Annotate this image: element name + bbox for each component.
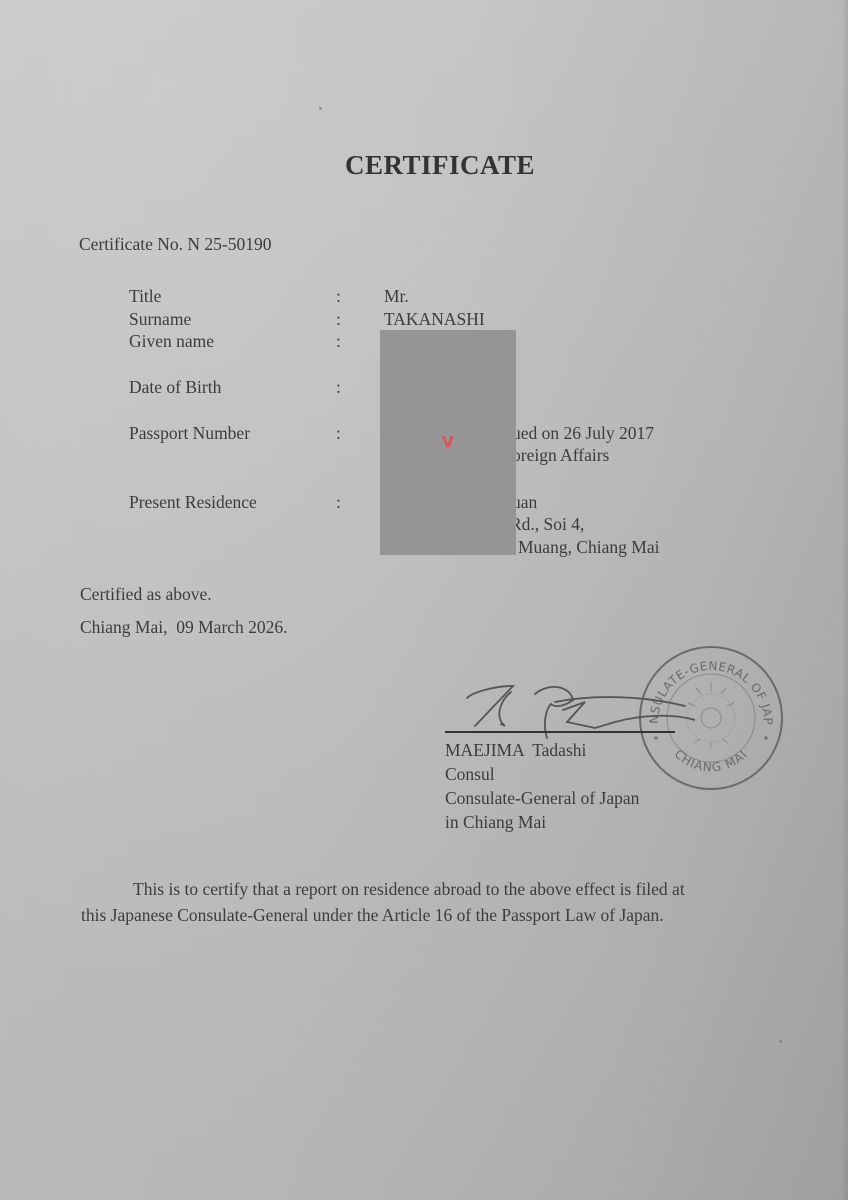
certificate-number: Certificate No. N 25-50190	[79, 233, 271, 255]
signatory-office: Consulate-General of Japan	[445, 787, 639, 809]
footer-paragraph-line-2: this Japanese Consulate-General under th…	[81, 903, 664, 927]
field-value-surname: TAKANASHI	[384, 308, 485, 330]
place-and-date: Chiang Mai, 09 March 2026.	[80, 616, 288, 638]
field-label-date-of-birth: Date of Birth	[129, 376, 221, 398]
certificate-number-value: N 25-50190	[187, 234, 271, 254]
document-title: CERTIFICATE	[0, 150, 848, 181]
paper-speck	[779, 1040, 782, 1043]
field-label-passport-number: Passport Number	[129, 422, 250, 444]
residence-line-2: Rd., Soi 4,	[510, 513, 584, 535]
signatory-name: MAEJIMA Tadashi	[445, 739, 586, 761]
field-colon: :	[336, 308, 341, 330]
residence-line-3: Muang, Chiang Mai	[518, 536, 659, 558]
field-value-title: Mr.	[384, 285, 409, 307]
field-colon: :	[336, 330, 341, 352]
field-colon: :	[336, 491, 341, 513]
footer-paragraph-line-1: This is to certify that a report on resi…	[133, 877, 685, 901]
field-label-surname: Surname	[129, 308, 191, 330]
signature-line	[445, 731, 675, 733]
field-label-present-residence: Present Residence	[129, 491, 257, 513]
certified-text: Certified as above.	[80, 583, 212, 605]
field-colon: :	[336, 285, 341, 307]
passport-authority-line: oreign Affairs	[512, 444, 609, 466]
certificate-number-label: Certificate No.	[79, 234, 183, 254]
field-colon: :	[336, 422, 341, 444]
signatory-position: Consul	[445, 763, 495, 785]
svg-text:CHIANG MAI: CHIANG MAI	[672, 747, 751, 775]
field-label-given-name: Given name	[129, 330, 214, 352]
signatory-location: in Chiang Mai	[445, 811, 546, 833]
paper-speck	[319, 107, 322, 110]
field-label-title: Title	[129, 285, 161, 307]
redaction-mark: V	[442, 433, 454, 451]
field-colon: :	[336, 376, 341, 398]
passport-issue-line: ued on 26 July 2017	[512, 422, 654, 444]
